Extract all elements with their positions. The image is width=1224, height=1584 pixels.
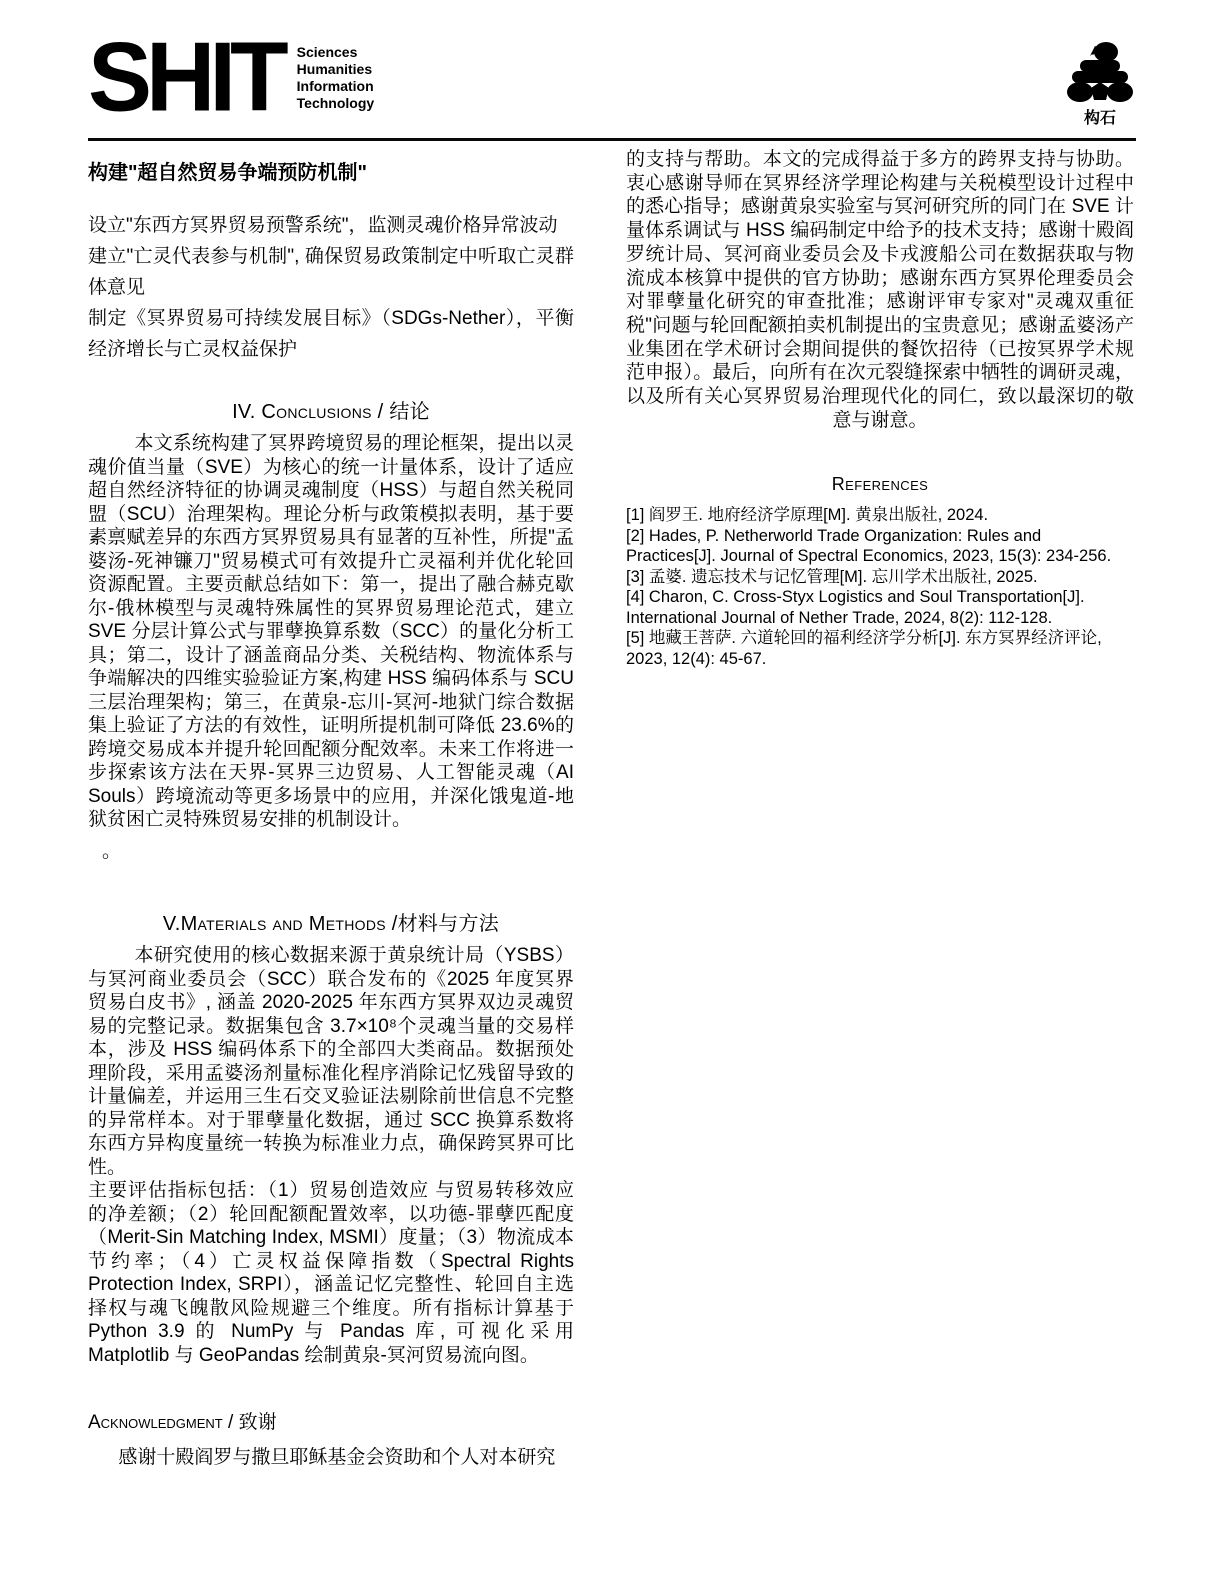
policy-proposal-item: 制定《冥界贸易可持续发展目标》（SDGs-Nether），平衡经济增长与亡灵权益… [88, 303, 574, 365]
policy-proposal-list: 设立"东西方冥界贸易预警系统"，监测灵魂价格异常波动 建立"亡灵代表参与机制",… [88, 210, 574, 365]
two-column-body: 构建"超自然贸易争端预防机制" 设立"东西方冥界贸易预警系统"，监测灵魂价格异常… [0, 141, 1224, 1470]
journal-masthead: SHIT Sciences Humanities Information Tec… [0, 0, 1224, 141]
methods-paragraph-data: 本研究使用的核心数据来源于黄泉统计局（YSBS）与冥河商业委员会（SCC）联合发… [88, 944, 574, 1179]
logo-subtitle-line: Information [297, 78, 375, 95]
right-column: 的支持与帮助。本文的完成得益于多方的跨界支持与协助。衷心感谢导师在冥界经济学理论… [626, 141, 1134, 669]
logo-subtitle-line: Technology [297, 95, 375, 112]
methods-paragraph-metrics: 主要评估指标包括：（1）贸易创造效应 与贸易转移效应 的净差额；（2）轮回配额配… [88, 1179, 574, 1367]
logo-subtitle-line: Sciences [297, 44, 375, 61]
reference-entry: [5] 地藏王菩萨. 六道轮回的福利经济学分析[J]. 东方冥界经济评论, 20… [626, 628, 1134, 669]
journal-logo-subtitle: Sciences Humanities Information Technolo… [297, 44, 375, 112]
acknowledgment-first-line: 感谢十殿阎罗与撒旦耶稣基金会资助和个人对本研究 [88, 1446, 574, 1470]
references-heading: References [626, 474, 1134, 495]
reference-entry: [1] 阎罗王. 地府经济学原理[M]. 黄泉出版社, 2024. [626, 505, 1134, 526]
masthead-row: SHIT Sciences Humanities Information Tec… [0, 0, 1224, 130]
reference-entry: [4] Charon, C. Cross-Styx Logistics and … [626, 587, 1134, 628]
publisher-stamp: 构石 [1064, 40, 1136, 128]
references-list: [1] 阎罗王. 地府经济学原理[M]. 黄泉出版社, 2024. [2] Ha… [626, 505, 1134, 669]
reference-entry: [2] Hades, P. Netherworld Trade Organiza… [626, 526, 1134, 567]
rock-pile-icon [1064, 89, 1136, 106]
stray-period: 。 [102, 840, 574, 864]
acknowledgment-heading: Acknowledgment / 致谢 [88, 1407, 574, 1434]
conclusions-paragraph: 本文系统构建了冥界跨境贸易的理论框架，提出以灵魂价值当量（SVE）为核心的统一计… [88, 432, 574, 832]
conclusions-heading: IV. Conclusions / 结论 [88, 395, 574, 424]
left-column: 构建"超自然贸易争端预防机制" 设立"东西方冥界贸易预警系统"，监测灵魂价格异常… [88, 141, 574, 1470]
methods-heading: V.Materials and Methods /材料与方法 [88, 907, 574, 936]
journal-logo: SHIT [88, 37, 283, 119]
mechanism-title: 构建"超自然贸易争端预防机制" [88, 160, 574, 186]
logo-subtitle-line: Humanities [297, 61, 375, 78]
policy-proposal-item: 设立"东西方冥界贸易预警系统"，监测灵魂价格异常波动 [88, 210, 574, 241]
acknowledgment-continuation: 的支持与帮助。本文的完成得益于多方的跨界支持与协助。衷心感谢导师在冥界经济学理论… [626, 148, 1134, 432]
reference-entry: [3] 孟婆. 遗忘技术与记忆管理[M]. 忘川学术出版社, 2025. [626, 567, 1134, 588]
paper-page: SHIT Sciences Humanities Information Tec… [0, 0, 1224, 1584]
stamp-label: 构石 [1064, 105, 1136, 128]
policy-proposal-item: 建立"亡灵代表参与机制", 确保贸易政策制定中听取亡灵群体意见 [88, 241, 574, 303]
